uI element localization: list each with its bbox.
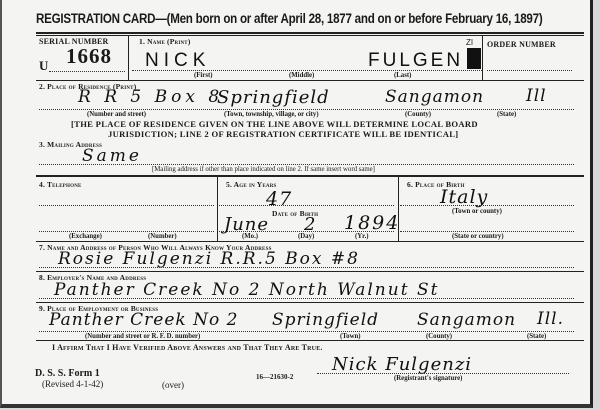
mailing-address-value: Same: [82, 146, 142, 166]
number-caption: (Number): [148, 233, 177, 240]
state-caption: (State): [497, 111, 516, 118]
divider: [36, 32, 584, 34]
affirmation-text: I Affirm That I Have Verified Above Answ…: [52, 343, 323, 352]
divider: [128, 35, 129, 80]
signature-underline: [317, 373, 569, 374]
dob-underline: [219, 231, 394, 232]
exchange-caption: (Exchange): [69, 233, 102, 240]
contact-person-value: Rosie Fulgenzi R.R.5 Box #8: [58, 249, 360, 269]
month-caption: (Mo.): [242, 233, 258, 240]
divider: [36, 302, 584, 303]
mailing-underline: [39, 164, 574, 165]
birth-town-caption: (Town or county): [452, 208, 502, 215]
last-name-value: FULGEN: [368, 50, 463, 72]
town-caption: (Town, township, village, or city): [224, 111, 319, 118]
telephone-underline-1: [39, 205, 214, 206]
serial-underline: [49, 71, 125, 72]
serial-prefix: U: [39, 58, 48, 74]
telephone-underline-2: [39, 231, 214, 232]
divider: [398, 176, 399, 241]
form-name: D. S. S. Form 1: [35, 368, 100, 379]
street-caption: (Number and street): [87, 111, 146, 118]
order-number-underline: [487, 70, 572, 71]
employment-county-caption: (County): [426, 333, 452, 340]
divider: [36, 241, 584, 242]
birth-town-underline: [400, 205, 574, 206]
contact-underline: [39, 267, 574, 268]
mailing-caption: [Mailing address if other than place ind…: [152, 166, 375, 173]
divider: [36, 35, 584, 36]
divider: [36, 271, 584, 272]
residence-notice-line1: [THE PLACE OF RESIDENCE GIVEN ON THE LIN…: [71, 119, 478, 129]
divider: [36, 175, 584, 177]
divider: [217, 176, 218, 241]
employment-state-caption: (State): [527, 333, 546, 340]
last-name-correction: ZI: [466, 38, 473, 47]
name-label: 1. Name (Print): [139, 37, 191, 46]
age-value: 47: [266, 188, 292, 210]
birth-state-caption: (State or country): [452, 233, 504, 240]
serial-number-value: 1668: [66, 44, 112, 69]
last-caption: (Last): [394, 72, 411, 79]
day-caption: (Day): [298, 233, 314, 240]
registration-card: REGISTRATION CARD—(Men born on or after …: [0, 0, 593, 408]
residence-county-value: Sangamon: [385, 87, 484, 107]
employer-underline: [39, 298, 574, 299]
employment-state-value: Ill.: [537, 309, 564, 329]
residence-town-value: Springfield: [217, 87, 330, 108]
middle-caption: (Middle): [289, 72, 314, 79]
employer-value: Panther Creek No 2 North Walnut St: [54, 280, 439, 300]
residence-street-value: R R 5 Box 8: [78, 87, 223, 107]
age-underline: [219, 205, 394, 206]
divider: [36, 340, 584, 341]
employment-county-value: Sangamon: [417, 310, 516, 330]
divider: [36, 80, 584, 81]
first-caption: (First): [194, 72, 213, 79]
name-underline: [132, 70, 482, 71]
card-title: REGISTRATION CARD—(Men born on or after …: [36, 11, 542, 26]
year-caption: (Yr.): [355, 233, 369, 240]
print-code: 16—21630-2: [256, 373, 293, 381]
employment-street-value: Panther Creek No 2: [49, 310, 238, 330]
order-number-label: ORDER NUMBER: [487, 40, 556, 49]
employment-street-caption: (Number and street or R. F. D. number): [85, 333, 200, 340]
over-note: (over): [162, 380, 184, 390]
form-revised: (Revised 4-1-42): [42, 379, 103, 389]
county-caption: (County): [405, 111, 431, 118]
employment-underline: [39, 331, 574, 332]
first-name-value: NICK: [145, 50, 210, 72]
signature-caption: (Registrant's signature): [394, 375, 462, 382]
residence-notice-line2: JURISDICTION; LINE 2 OF REGISTRATION CER…: [108, 129, 458, 139]
employment-town-value: Springfield: [272, 310, 379, 330]
registrant-signature: Nick Fulgenzi: [332, 354, 472, 375]
last-name-overstrike: [467, 48, 481, 69]
divider: [482, 35, 483, 80]
employment-town-caption: (Town): [340, 333, 361, 340]
telephone-label: 4. Telephone: [39, 180, 82, 189]
birth-state-underline: [400, 231, 574, 232]
residence-state-value: Ill: [526, 86, 547, 106]
residence-underline: [39, 109, 574, 110]
